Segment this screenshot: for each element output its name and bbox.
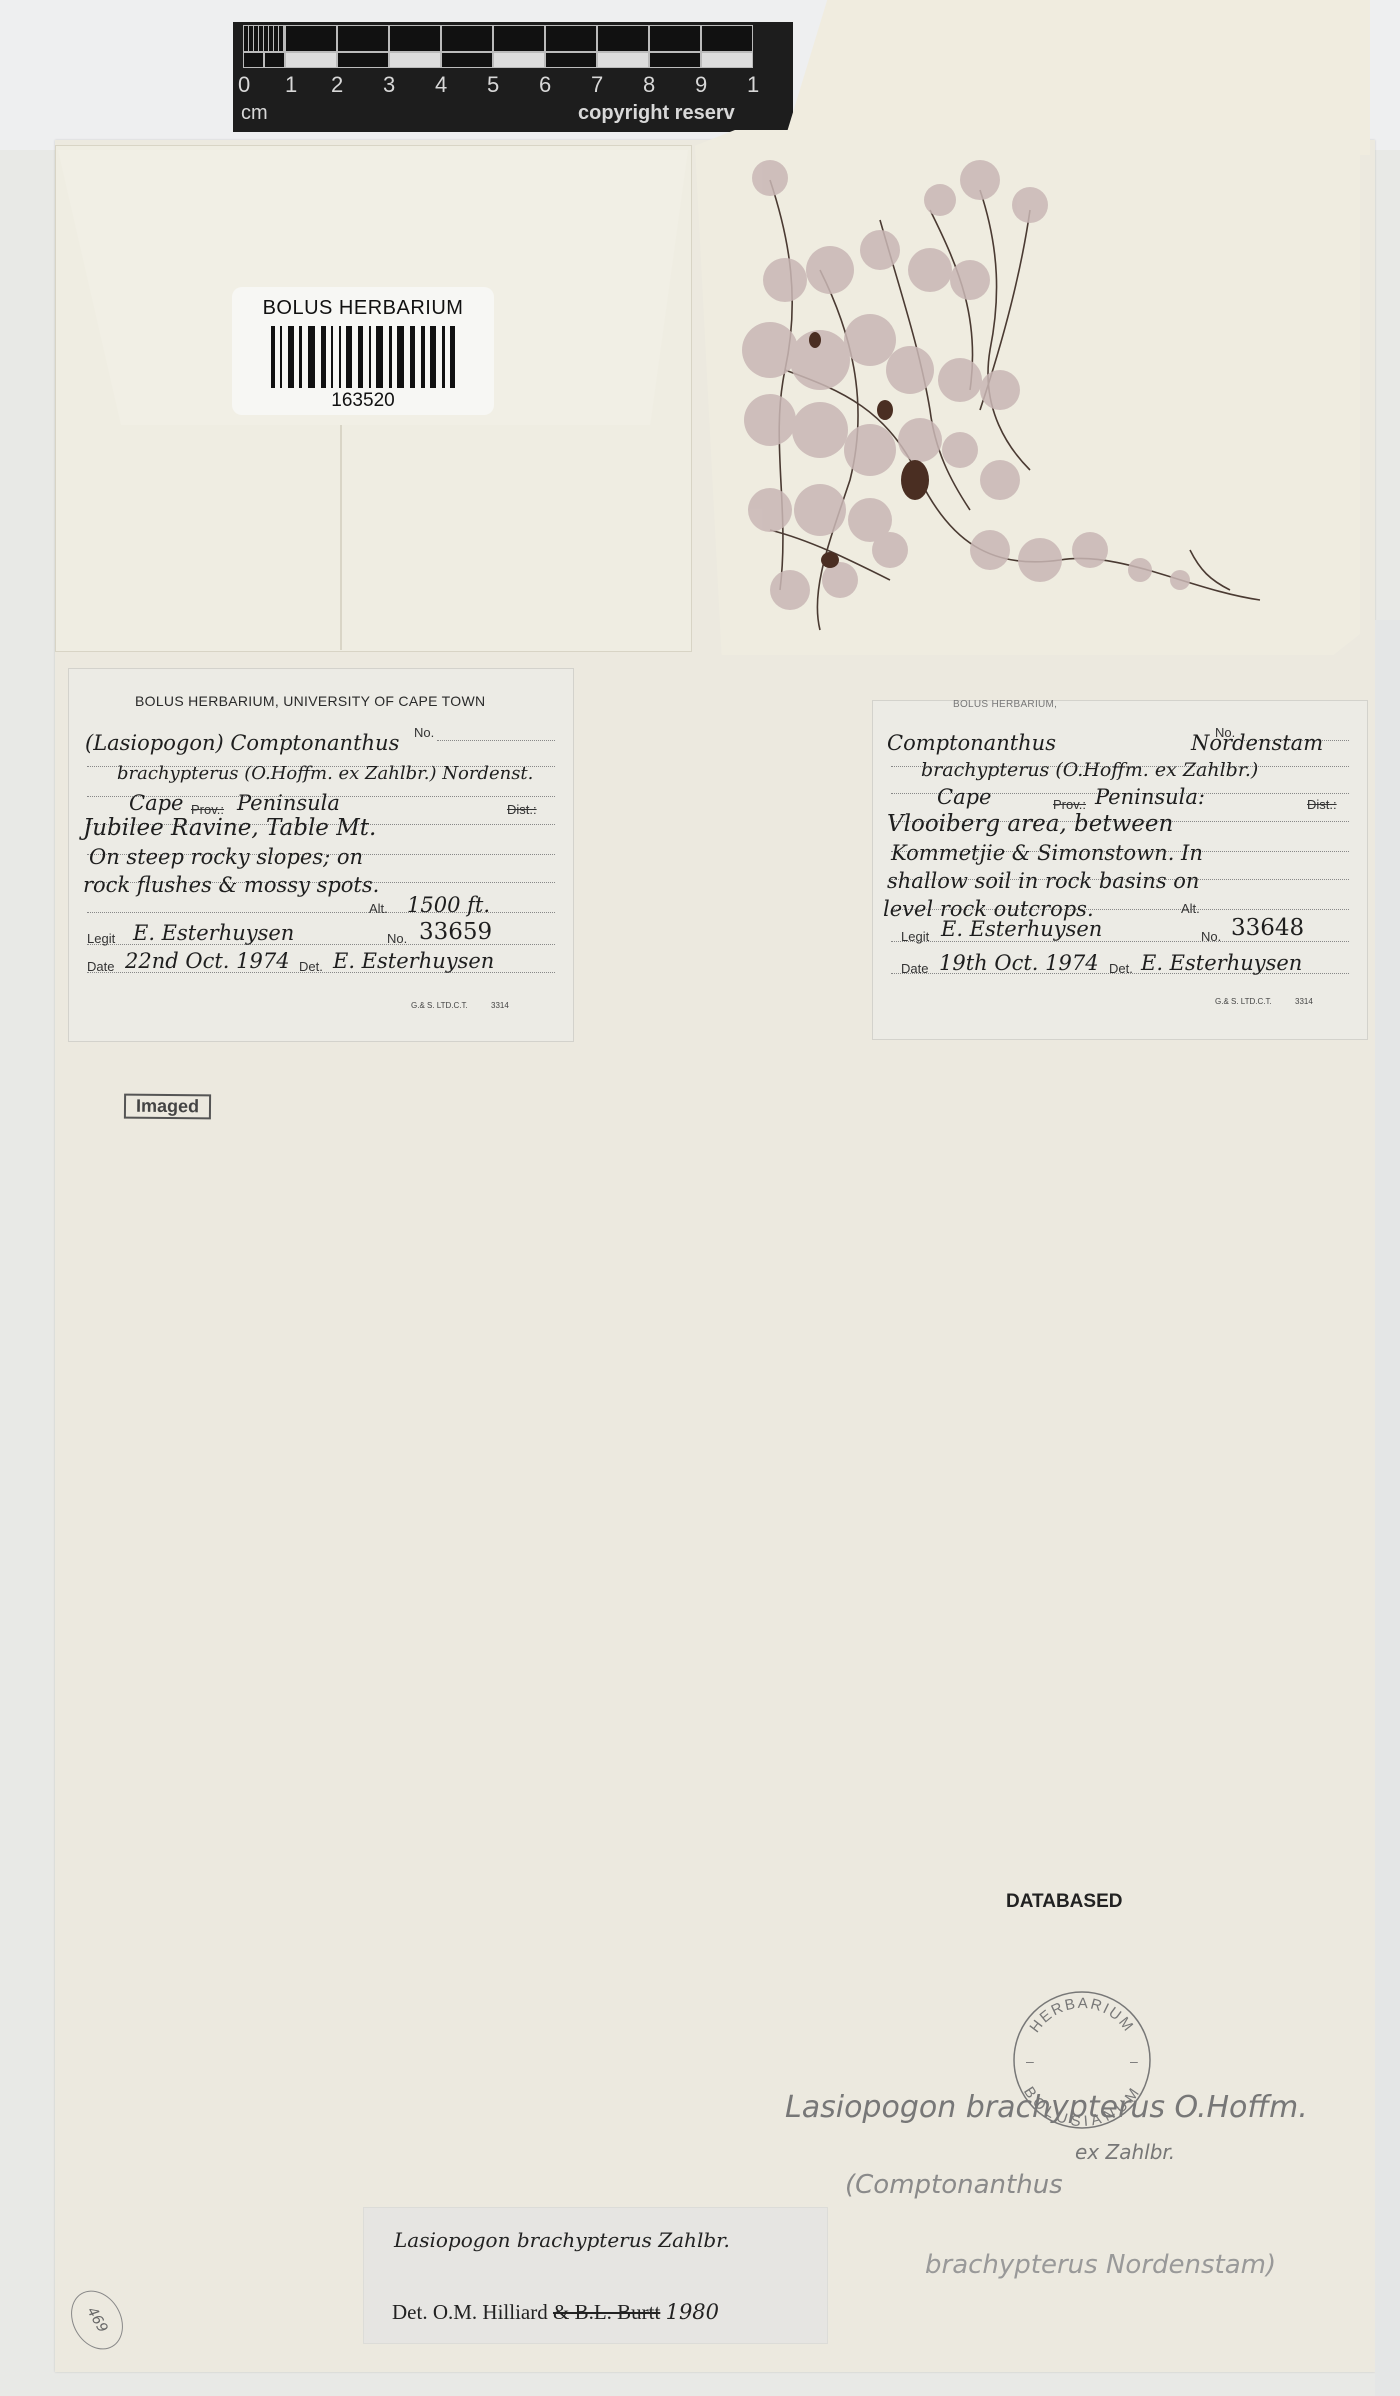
ruler-cell bbox=[545, 25, 597, 52]
printer-code: 3314 bbox=[491, 1001, 509, 1010]
district-value: Peninsula bbox=[237, 791, 340, 815]
svg-text:–: – bbox=[1130, 2053, 1138, 2069]
date-label: Date bbox=[901, 961, 928, 976]
alt-label: Alt. bbox=[1181, 901, 1200, 916]
sheet-right-edge bbox=[1375, 620, 1400, 2396]
locality-line-1: Vlooiberg area, between bbox=[887, 811, 1173, 837]
imaged-stamp: Imaged bbox=[124, 1094, 211, 1120]
pencil-line-2: ex Zahlbr. bbox=[1075, 2140, 1175, 2164]
det-line: Det. O.M. Hilliard & B.L. Burtt 1980 bbox=[392, 2300, 719, 2325]
taxon-name: Comptonanthus bbox=[887, 731, 1056, 755]
ruler-number: 2 bbox=[331, 72, 343, 98]
ruler-cell bbox=[597, 25, 649, 52]
determiner-value: E. Esterhuysen bbox=[333, 949, 494, 973]
ruler-number: 5 bbox=[487, 72, 499, 98]
det-struck-name: & B.L. Burtt bbox=[553, 2300, 660, 2324]
ruler-cell bbox=[701, 25, 753, 52]
collection-label-right: BOLUS HERBARIUM, No. Comptonanthus Norde… bbox=[872, 700, 1368, 1040]
province-value: Cape bbox=[129, 791, 183, 815]
ruler-band bbox=[545, 52, 597, 68]
collector-value: E. Esterhuysen bbox=[133, 921, 294, 945]
printer-mark: G.& S. LTD.C.T. bbox=[411, 1001, 468, 1010]
collector-number-label: No. bbox=[1201, 929, 1221, 944]
printer-code: 3314 bbox=[1295, 997, 1313, 1006]
stamp-text-top: HERBARIUM bbox=[1026, 1995, 1137, 2036]
legit-label: Legit bbox=[901, 929, 929, 944]
no-label: No. bbox=[414, 725, 434, 740]
altitude-value: 1500 ft. bbox=[407, 893, 490, 917]
date-label: Date bbox=[87, 959, 114, 974]
collector-number-value: 33659 bbox=[419, 919, 492, 945]
ruler-cell bbox=[441, 25, 493, 52]
taxon-authority: brachypterus (O.Hoffm. ex Zahlbr.) bbox=[921, 759, 1258, 781]
databased-stamp: DATABASED bbox=[1006, 1891, 1122, 1913]
ruler-number: 1 bbox=[285, 72, 297, 98]
taxon-name: (Lasiopogon) Comptonanthus bbox=[85, 731, 399, 755]
collection-label-left: BOLUS HERBARIUM, UNIVERSITY OF CAPE TOWN… bbox=[68, 668, 574, 1042]
svg-text:HERBARIUM: HERBARIUM bbox=[1026, 1995, 1137, 2036]
prov-label: Prov.: bbox=[1053, 797, 1086, 812]
ruler-band bbox=[493, 52, 545, 68]
habitat-line-1: shallow soil in rock basins on bbox=[887, 869, 1199, 893]
ruler-band bbox=[389, 52, 441, 68]
ruler-number: 0 bbox=[238, 72, 250, 98]
determiner-value: E. Esterhuysen bbox=[1141, 951, 1302, 975]
alt-label: Alt. bbox=[369, 901, 388, 916]
barcode-label: BOLUS HERBARIUM 163520 bbox=[232, 287, 494, 415]
ruler-band bbox=[597, 52, 649, 68]
ruler-number: 8 bbox=[643, 72, 655, 98]
ruler-band bbox=[441, 52, 493, 68]
determination-slip: Lasiopogon brachypterus Zahlbr. Det. O.M… bbox=[363, 2207, 828, 2344]
locality-line-2: Kommetjie & Simonstown. In bbox=[891, 841, 1203, 865]
det-label: Det. bbox=[299, 959, 323, 974]
collector-number-label: No. bbox=[387, 931, 407, 946]
ruler-cell bbox=[285, 25, 337, 52]
taxon-author: Nordenstam bbox=[1191, 731, 1323, 755]
scale-ruler: 0 1 2 3 4 5 6 7 8 9 1 cm copyright reser… bbox=[233, 22, 793, 132]
pencil-line-1: Lasiopogon brachypterus O.Hoffm. bbox=[785, 2090, 1308, 2125]
collector-value: E. Esterhuysen bbox=[941, 917, 1102, 941]
ruler-unit: cm bbox=[241, 102, 268, 125]
province-value: Cape bbox=[937, 785, 991, 809]
district-value: Peninsula: bbox=[1095, 785, 1205, 809]
barcode-icon bbox=[271, 326, 456, 388]
ruler-copyright: copyright reserv bbox=[578, 102, 735, 125]
ruler-cell bbox=[389, 25, 441, 52]
dist-label: Dist.: bbox=[1307, 797, 1337, 812]
locality-value: Jubilee Ravine, Table Mt. bbox=[83, 815, 376, 841]
ruler-cell bbox=[337, 25, 389, 52]
label-header: BOLUS HERBARIUM, UNIVERSITY OF CAPE TOWN bbox=[135, 693, 485, 709]
dist-label: Dist.: bbox=[507, 802, 537, 817]
ruler-number: 1 bbox=[747, 72, 759, 98]
ruler-number: 6 bbox=[539, 72, 551, 98]
det-year: 1980 bbox=[666, 2300, 719, 2324]
ruler-number: 7 bbox=[591, 72, 603, 98]
collector-number-value: 33648 bbox=[1231, 915, 1304, 941]
ruler-band bbox=[285, 52, 337, 68]
packet-fold-line bbox=[340, 425, 342, 650]
ruler-band bbox=[264, 52, 285, 68]
label-header: BOLUS HERBARIUM, bbox=[953, 699, 1057, 710]
taxon-authority: brachypterus (O.Hoffm. ex Zahlbr.) Norde… bbox=[117, 763, 533, 784]
pencil-line-3: (Comptonanthus bbox=[845, 2170, 1063, 2200]
ruler-number: 3 bbox=[383, 72, 395, 98]
date-value: 22nd Oct. 1974 bbox=[125, 949, 290, 973]
date-value: 19th Oct. 1974 bbox=[939, 951, 1099, 975]
ruler-number: 9 bbox=[695, 72, 707, 98]
det-taxon-name: Lasiopogon brachypterus Zahlbr. bbox=[394, 2228, 730, 2252]
ruler-number: 4 bbox=[435, 72, 447, 98]
ruler-cell bbox=[493, 25, 545, 52]
ruler-band bbox=[337, 52, 389, 68]
ruler-band bbox=[701, 52, 753, 68]
pencil-line-4: brachypterus Nordenstam) bbox=[925, 2250, 1276, 2280]
det-label: Det. bbox=[1109, 961, 1133, 976]
dotted-line bbox=[891, 941, 1349, 942]
ruler-cell bbox=[649, 25, 701, 52]
habitat-line-1: On steep rocky slopes; on bbox=[89, 845, 363, 869]
barcode-title: BOLUS HERBARIUM bbox=[232, 297, 494, 320]
barcode-number: 163520 bbox=[232, 390, 494, 412]
dotted-line bbox=[437, 740, 555, 741]
plant-specimen-image bbox=[730, 150, 1290, 660]
printer-mark: G.& S. LTD.C.T. bbox=[1215, 997, 1272, 1006]
legit-label: Legit bbox=[87, 931, 115, 946]
svg-text:–: – bbox=[1026, 2053, 1034, 2069]
det-determiner: Det. O.M. Hilliard bbox=[392, 2300, 548, 2324]
ruler-band bbox=[243, 52, 264, 68]
ruler-mm-ticks bbox=[243, 25, 285, 52]
habitat-line-2: rock flushes & mossy spots. bbox=[83, 873, 379, 897]
pencil-annotation: Lasiopogon brachypterus O.Hoffm. ex Zahl… bbox=[785, 2090, 1375, 2320]
ruler-band bbox=[649, 52, 701, 68]
